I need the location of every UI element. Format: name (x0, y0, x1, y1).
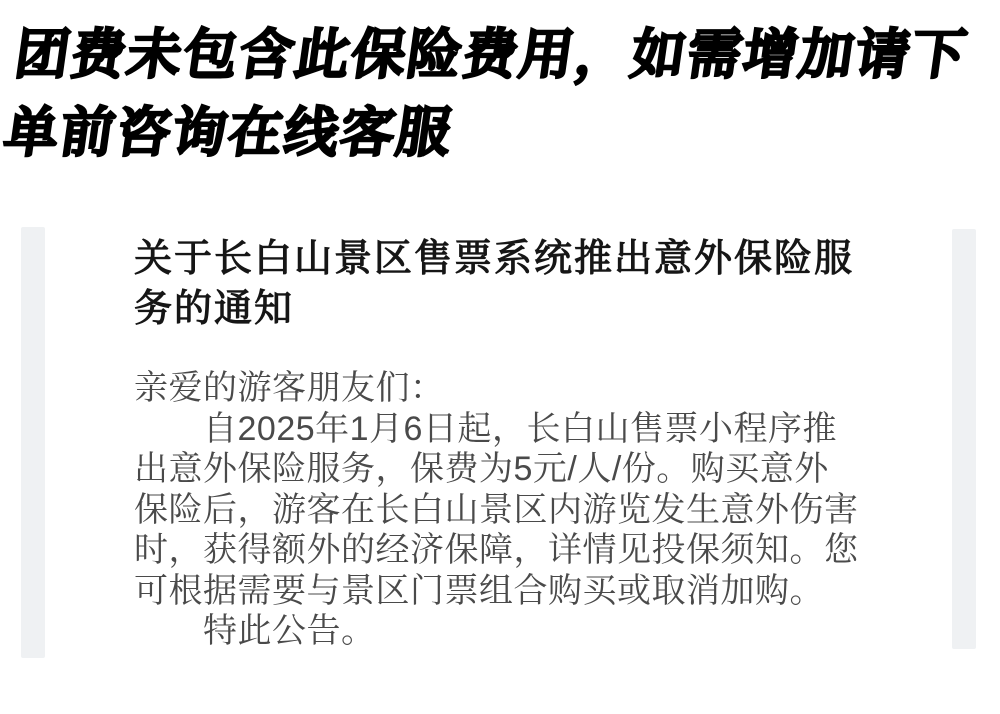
notice-body-line: 时，获得额外的经济保障，详情见投保须知。您 (134, 530, 894, 571)
headline-line-2: 单前咨询在线客服 (0, 94, 990, 172)
notice-title-line-1: 关于长白山景区售票系统推出意外保险服 (134, 234, 894, 284)
headline-line-1: 团费未包含此保险费用，如需增加请下 (10, 16, 1000, 94)
page-gutter-right (952, 229, 976, 649)
notice-body-line: 保险后，游客在长白山景区内游览发生意外伤害 (134, 490, 894, 531)
notice-body: 亲爱的游客朋友们： 自2025年1月6日起，长白山售票小程序推 出意外保险服务，… (134, 368, 894, 652)
notice-title: 关于长白山景区售票系统推出意外保险服 务的通知 (134, 234, 894, 334)
notice-content: 关于长白山景区售票系统推出意外保险服 务的通知 亲爱的游客朋友们： 自2025年… (134, 234, 894, 652)
page-gutter-left (21, 227, 45, 658)
notice-body-line: 可根据需要与景区门票组合购买或取消加购。 (134, 571, 894, 612)
notice-screenshot: 关于长白山景区售票系统推出意外保险服 务的通知 亲爱的游客朋友们： 自2025年… (0, 227, 1000, 658)
notice-body-salutation: 亲爱的游客朋友们： (134, 368, 894, 409)
notice-body-closing: 特此公告。 (134, 611, 894, 652)
notice-body-line: 自2025年1月6日起，长白山售票小程序推 (134, 409, 894, 450)
notice-body-line: 出意外保险服务，保费为5元/人/份。购买意外 (134, 449, 894, 490)
headline-warning: 团费未包含此保险费用，如需增加请下 单前咨询在线客服 (0, 16, 1000, 172)
notice-title-line-2: 务的通知 (134, 284, 894, 334)
